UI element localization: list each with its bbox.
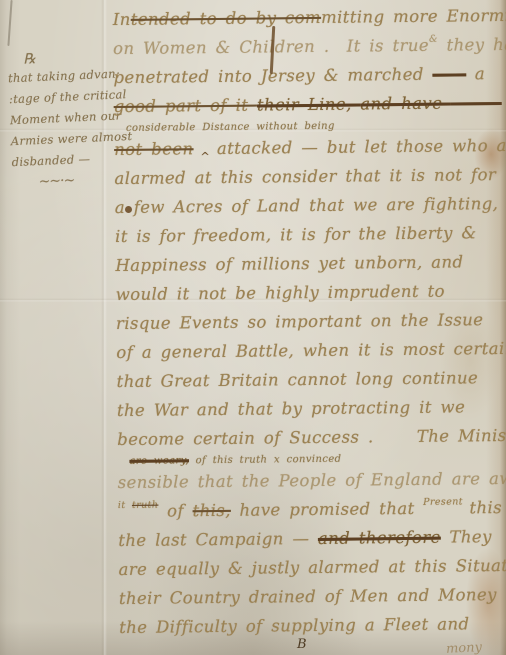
handwriting-text: In	[113, 12, 131, 29]
handwriting-text: a	[466, 66, 485, 83]
manuscript-line: penetrated into Jersey & marched —— a	[113, 60, 503, 93]
manuscript-line: the Difficulty of supplying a Fleet and	[119, 610, 506, 643]
struck-text: good part of it	[114, 98, 257, 116]
manuscript-line: that Great Britain cannot long continue	[116, 364, 506, 397]
handwriting-text: this shall be	[469, 499, 506, 517]
paper-edge-crack	[7, 0, 12, 46]
struck-text: their Line,	[257, 97, 361, 115]
struck-text: ——	[432, 67, 466, 84]
struck-text: truth	[132, 500, 159, 510]
handwriting-text: Present	[423, 497, 469, 507]
handwriting-text: that Great Britain cannot long continue	[117, 371, 479, 391]
handwriting-text: penetrated into Jersey & marched	[113, 67, 432, 87]
handwriting-text: it	[118, 501, 132, 511]
handwriting-text: become certain of Success . The Ministry	[117, 428, 506, 449]
handwriting-text: of a general Battle, when it is most cer…	[116, 341, 506, 362]
manuscript-line: become certain of Success . The Ministry	[117, 422, 506, 455]
partial-edge-word: mony	[446, 640, 483, 655]
manuscript-line: it truth of this, have promised that Pre…	[118, 494, 506, 527]
handwriting-text: the last Campaign —	[118, 531, 318, 550]
page-signature-mark: B	[297, 637, 307, 652]
ink-blot	[125, 206, 132, 213]
margin-note-line: Armies were almost	[10, 127, 113, 152]
main-text: Intended to do by committing more Enormi…	[113, 2, 506, 643]
handwriting-text: sensible that the People of England are …	[118, 471, 506, 492]
handwriting-text: attacked — but let those who are	[217, 138, 506, 158]
handwriting-text: their Country drained of Men and Money	[119, 587, 497, 607]
handwriting-text: are equally & justly alarmed at this Sit…	[119, 558, 506, 579]
handwriting-text: the War and that by protracting it we	[117, 400, 465, 420]
struck-text: and therefore	[318, 530, 441, 548]
handwriting-text: alarmed at this consider that it is not …	[114, 167, 496, 187]
manuscript-line: the War and that by protracting it we	[117, 393, 506, 426]
handwriting-text: have promised that	[231, 501, 424, 520]
manuscript-line: risque Events so important on the Issue	[116, 306, 506, 339]
manuscript-line: Intended to do by committing more Enormi…	[113, 2, 503, 35]
manuscript-line: are equally & justly alarmed at this Sit…	[118, 552, 506, 585]
handwriting-text: a few Acres of Land that we are fighting…	[115, 196, 499, 217]
margin-note-lines: that taking advan::tage of the criticalM…	[8, 64, 114, 173]
manuscript-line: of a general Battle, when it is most cer…	[116, 335, 506, 368]
struck-text: are weary,	[129, 456, 189, 467]
handwriting-text: of	[158, 504, 192, 521]
manuscript-line: sensible that the People of England are …	[118, 465, 506, 498]
struck-text: not been	[114, 141, 194, 158]
manuscript-line: it is for freedom, it is for the liberty…	[115, 219, 505, 252]
struck-text: ———	[451, 95, 502, 112]
handwriting-text: risque Events so important on the Issue	[116, 312, 484, 332]
handwriting-text: they have	[438, 37, 506, 55]
struck-text: tended to do by com	[131, 10, 321, 28]
manuscript-line: not been ^ attacked — but let those who …	[114, 132, 504, 165]
handwriting-text: the Difficulty of supplying a Fleet and	[119, 617, 469, 637]
handwriting-text: of this truth x convinced	[189, 455, 342, 467]
manuscript-line: their Country drained of Men and Money	[119, 581, 506, 614]
handwriting-text: considerable Distance without being	[126, 122, 335, 134]
manuscript-line: alarmed at this consider that it is not …	[114, 161, 504, 194]
manuscript-line: would it not be highly imprudent to	[116, 277, 506, 310]
handwriting-text: Happiness of millions yet unborn, and	[115, 255, 463, 275]
handwriting-text: mitting more Enormities	[321, 8, 506, 27]
struck-text: and have	[360, 96, 451, 113]
manuscript-line: the last Campaign — and therefore They	[118, 523, 506, 556]
handwriting-text: They	[441, 529, 492, 546]
struck-text: this,	[193, 503, 231, 520]
margin-note: ℞ that taking advan::tage of the critica…	[7, 48, 115, 194]
manuscript-page: ℞ that taking advan::tage of the critica…	[0, 0, 506, 655]
handwriting-text: &	[429, 34, 438, 44]
margin-flourish: ~~·~	[12, 169, 115, 194]
manuscript-line: on Women & Children . It is true& they h…	[113, 31, 503, 64]
handwriting-text: it is for freedom, it is for the liberty…	[115, 226, 477, 246]
manuscript-line: a few Acres of Land that we are fighting…	[115, 190, 505, 223]
manuscript-line: good part of it their Line, and have ———	[114, 89, 504, 122]
handwriting-text: would it not be highly imprudent to	[116, 284, 445, 304]
manuscript-line: Happiness of millions yet unborn, and	[115, 248, 505, 281]
handwriting-text: ^	[194, 151, 218, 162]
